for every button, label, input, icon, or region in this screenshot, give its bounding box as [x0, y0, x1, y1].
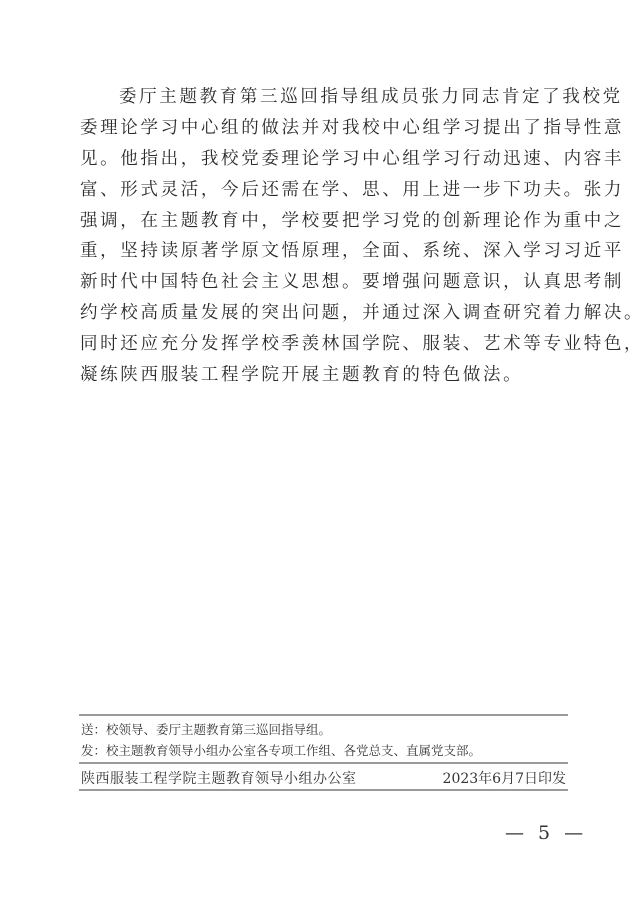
body-paragraph-line: 委理论学习中心组的做法并对我校中心组学习提出了指导性意 [80, 113, 570, 144]
footer-top-rule [79, 714, 568, 716]
body-paragraph-line: 重，坚持读原著学原文悟原理，全面、系统、深入学习习近平 [80, 236, 570, 267]
body-paragraph-line: 凝练陕西服装工程学院开展主题教育的特色做法。 [80, 360, 570, 391]
document-body: 委厅主题教育第三巡回指导组成员张力同志肯定了我校党 委理论学习中心组的做法并对我… [80, 82, 570, 391]
body-paragraph-line: 新时代中国特色社会主义思想。要增强问题意识，认真思考制 [80, 267, 570, 298]
body-paragraph-line: 委厅主题教育第三巡回指导组成员张力同志肯定了我校党 [80, 82, 570, 113]
body-paragraph-line: 约学校高质量发展的突出问题，并通过深入调查研究着力解决。 [80, 298, 570, 329]
page-number: — 5 — [505, 822, 587, 844]
distribution-footer: 送：校领导、委厅主题教育第三巡回指导组。 发：校主题教育领导小组办公室各专项工作… [79, 700, 568, 800]
body-paragraph-line: 富、形式灵活，今后还需在学、思、用上进一步下功夫。张力 [80, 175, 570, 206]
body-paragraph-line: 强调，在主题教育中，学校要把学习党的创新理论作为重中之 [80, 206, 570, 237]
body-paragraph-line: 见。他指出，我校党委理论学习中心组学习行动迅速、内容丰 [80, 144, 570, 175]
issuing-office: 陕西服装工程学院主题教育领导小组办公室 [81, 768, 357, 788]
footer-bottom-rule [79, 789, 568, 791]
distribute-to-line: 发：校主题教育领导小组办公室各专项工作组、各党总支、直属党支部。 [81, 741, 481, 759]
footer-middle-rule [79, 762, 568, 764]
issue-date: 2023年6月7日印发 [443, 768, 566, 788]
send-to-line: 送：校领导、委厅主题教育第三巡回指导组。 [81, 720, 331, 738]
body-paragraph-line: 同时还应充分发挥学校季羡林国学院、服装、艺术等专业特色， [80, 329, 570, 360]
